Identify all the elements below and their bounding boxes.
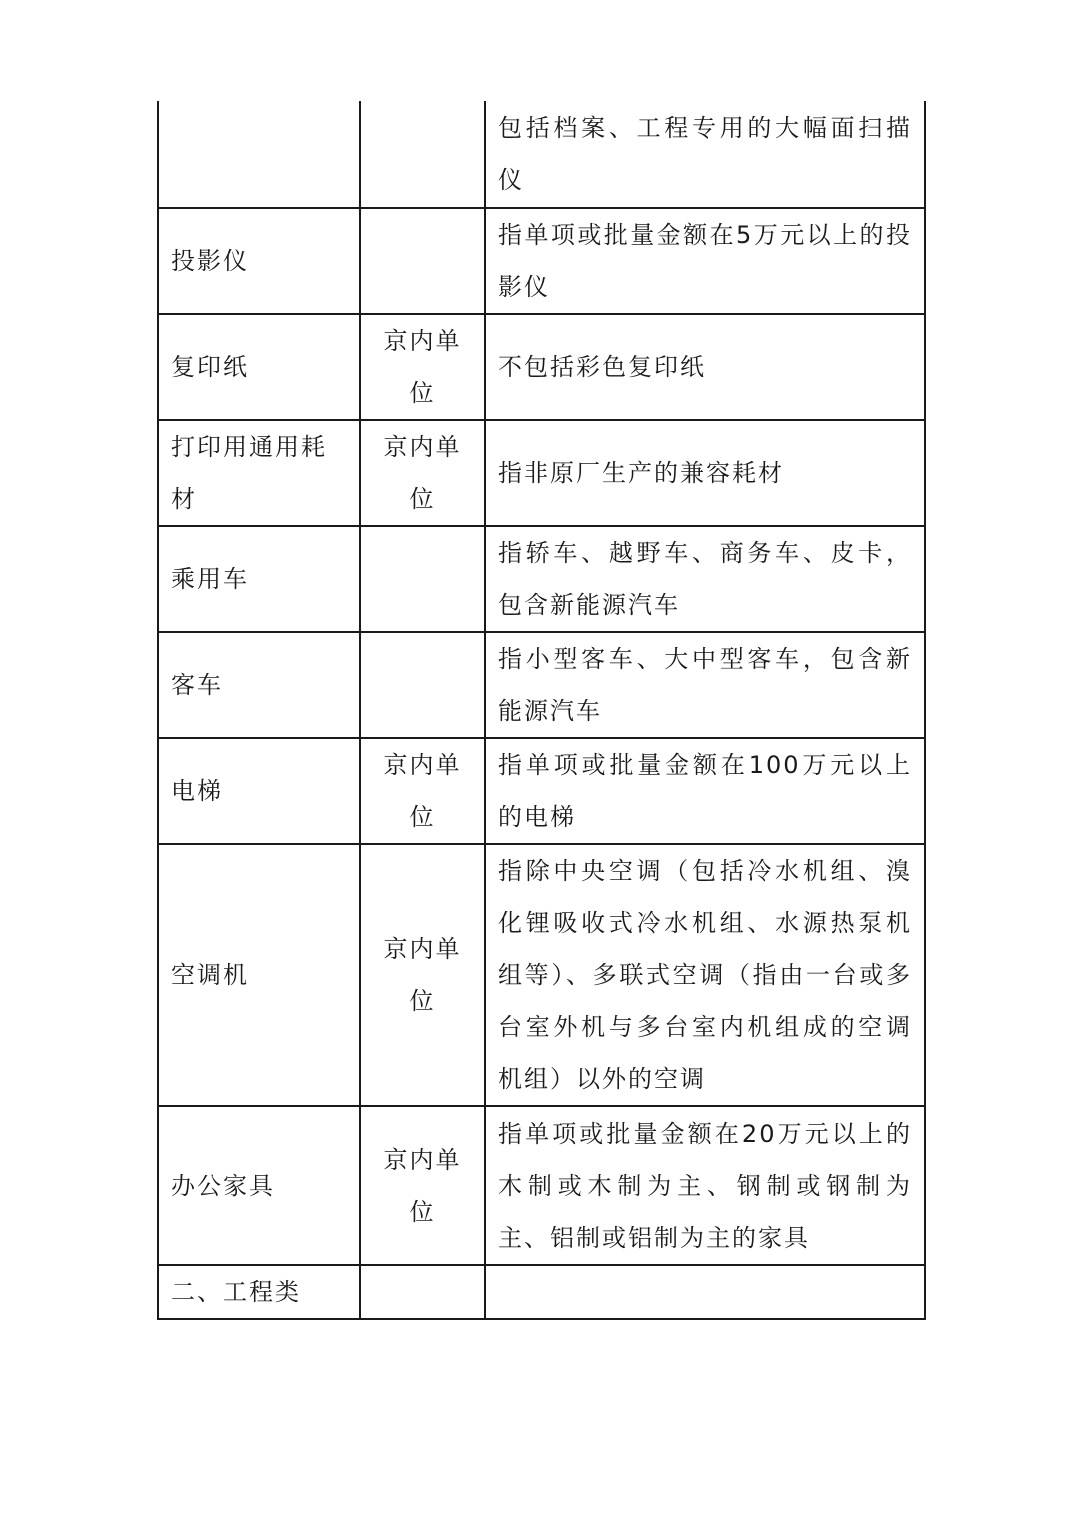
scope-text: 京内单位 [384,327,462,407]
note-cell [485,1265,925,1319]
note-text: 指单项或批量金额在100万元以上的电梯 [498,751,912,831]
scope-cell [360,632,485,738]
scope-cell: 京内单位 [360,738,485,844]
table-row: 二、工程类 [158,1265,925,1319]
scope-cell: 京内单位 [360,420,485,526]
scope-cell: 京内单位 [360,1106,485,1265]
section-heading-cell: 二、工程类 [158,1265,360,1319]
table-row: 办公家具 京内单位 指单项或批量金额在20万元以上的木制或木制为主、钢制或钢制为… [158,1106,925,1265]
note-text: 指单项或批量金额在5万元以上的投影仪 [498,221,912,301]
note-text: 指非原厂生产的兼容耗材 [498,459,784,487]
scope-text: 京内单位 [384,935,462,1015]
item-name: 投影仪 [171,247,249,275]
scope-text: 京内单位 [384,751,462,831]
table-row: 空调机 京内单位 指除中央空调（包括冷水机组、溴化锂吸收式冷水机组、水源热泵机组… [158,844,925,1106]
table-row: 复印纸 京内单位 不包括彩色复印纸 [158,314,925,420]
note-text: 指小型客车、大中型客车，包含新能源汽车 [498,645,912,725]
table-row: 包括档案、工程专用的大幅面扫描仪 [158,101,925,208]
note-cell: 指小型客车、大中型客车，包含新能源汽车 [485,632,925,738]
note-text: 指单项或批量金额在20万元以上的木制或木制为主、钢制或钢制为主、铝制或铝制为主的… [498,1120,912,1252]
note-text: 指轿车、越野车、商务车、皮卡，包含新能源汽车 [498,539,912,619]
table-row: 乘用车 指轿车、越野车、商务车、皮卡，包含新能源汽车 [158,526,925,632]
scope-cell: 京内单位 [360,844,485,1106]
note-cell: 指轿车、越野车、商务车、皮卡，包含新能源汽车 [485,526,925,632]
note-cell: 指单项或批量金额在5万元以上的投影仪 [485,208,925,314]
note-cell: 指除中央空调（包括冷水机组、溴化锂吸收式冷水机组、水源热泵机组等）、多联式空调（… [485,844,925,1106]
scope-cell [360,208,485,314]
procurement-catalog-table: 包括档案、工程专用的大幅面扫描仪 投影仪 指单项或批量金额在5万元以上的投影仪 … [157,101,926,1320]
item-cell: 打印用通用耗材 [158,420,360,526]
item-name: 办公家具 [171,1172,275,1200]
scope-cell [360,526,485,632]
item-name: 乘用车 [171,565,249,593]
section-heading: 二、工程类 [171,1278,301,1306]
item-name: 打印用通用耗材 [171,433,327,513]
item-cell: 乘用车 [158,526,360,632]
item-cell: 投影仪 [158,208,360,314]
item-cell: 空调机 [158,844,360,1106]
table-row: 打印用通用耗材 京内单位 指非原厂生产的兼容耗材 [158,420,925,526]
note-text: 包括档案、工程专用的大幅面扫描仪 [498,114,912,194]
note-text: 不包括彩色复印纸 [498,353,706,381]
note-text: 指除中央空调（包括冷水机组、溴化锂吸收式冷水机组、水源热泵机组等）、多联式空调（… [498,857,912,1093]
item-cell: 电梯 [158,738,360,844]
note-cell: 指单项或批量金额在100万元以上的电梯 [485,738,925,844]
scope-cell [360,1265,485,1319]
table-row: 电梯 京内单位 指单项或批量金额在100万元以上的电梯 [158,738,925,844]
scope-text: 京内单位 [384,1146,462,1226]
item-cell [158,101,360,208]
item-name: 空调机 [171,961,249,989]
scope-cell [360,101,485,208]
item-name: 复印纸 [171,353,249,381]
table-row: 投影仪 指单项或批量金额在5万元以上的投影仪 [158,208,925,314]
item-cell: 办公家具 [158,1106,360,1265]
note-cell: 指单项或批量金额在20万元以上的木制或木制为主、钢制或钢制为主、铝制或铝制为主的… [485,1106,925,1265]
table-row: 客车 指小型客车、大中型客车，包含新能源汽车 [158,632,925,738]
scope-cell: 京内单位 [360,314,485,420]
item-name: 电梯 [171,777,223,805]
scope-text: 京内单位 [384,433,462,513]
item-name: 客车 [171,671,223,699]
item-cell: 客车 [158,632,360,738]
note-cell: 不包括彩色复印纸 [485,314,925,420]
note-cell: 指非原厂生产的兼容耗材 [485,420,925,526]
note-cell: 包括档案、工程专用的大幅面扫描仪 [485,101,925,208]
item-cell: 复印纸 [158,314,360,420]
